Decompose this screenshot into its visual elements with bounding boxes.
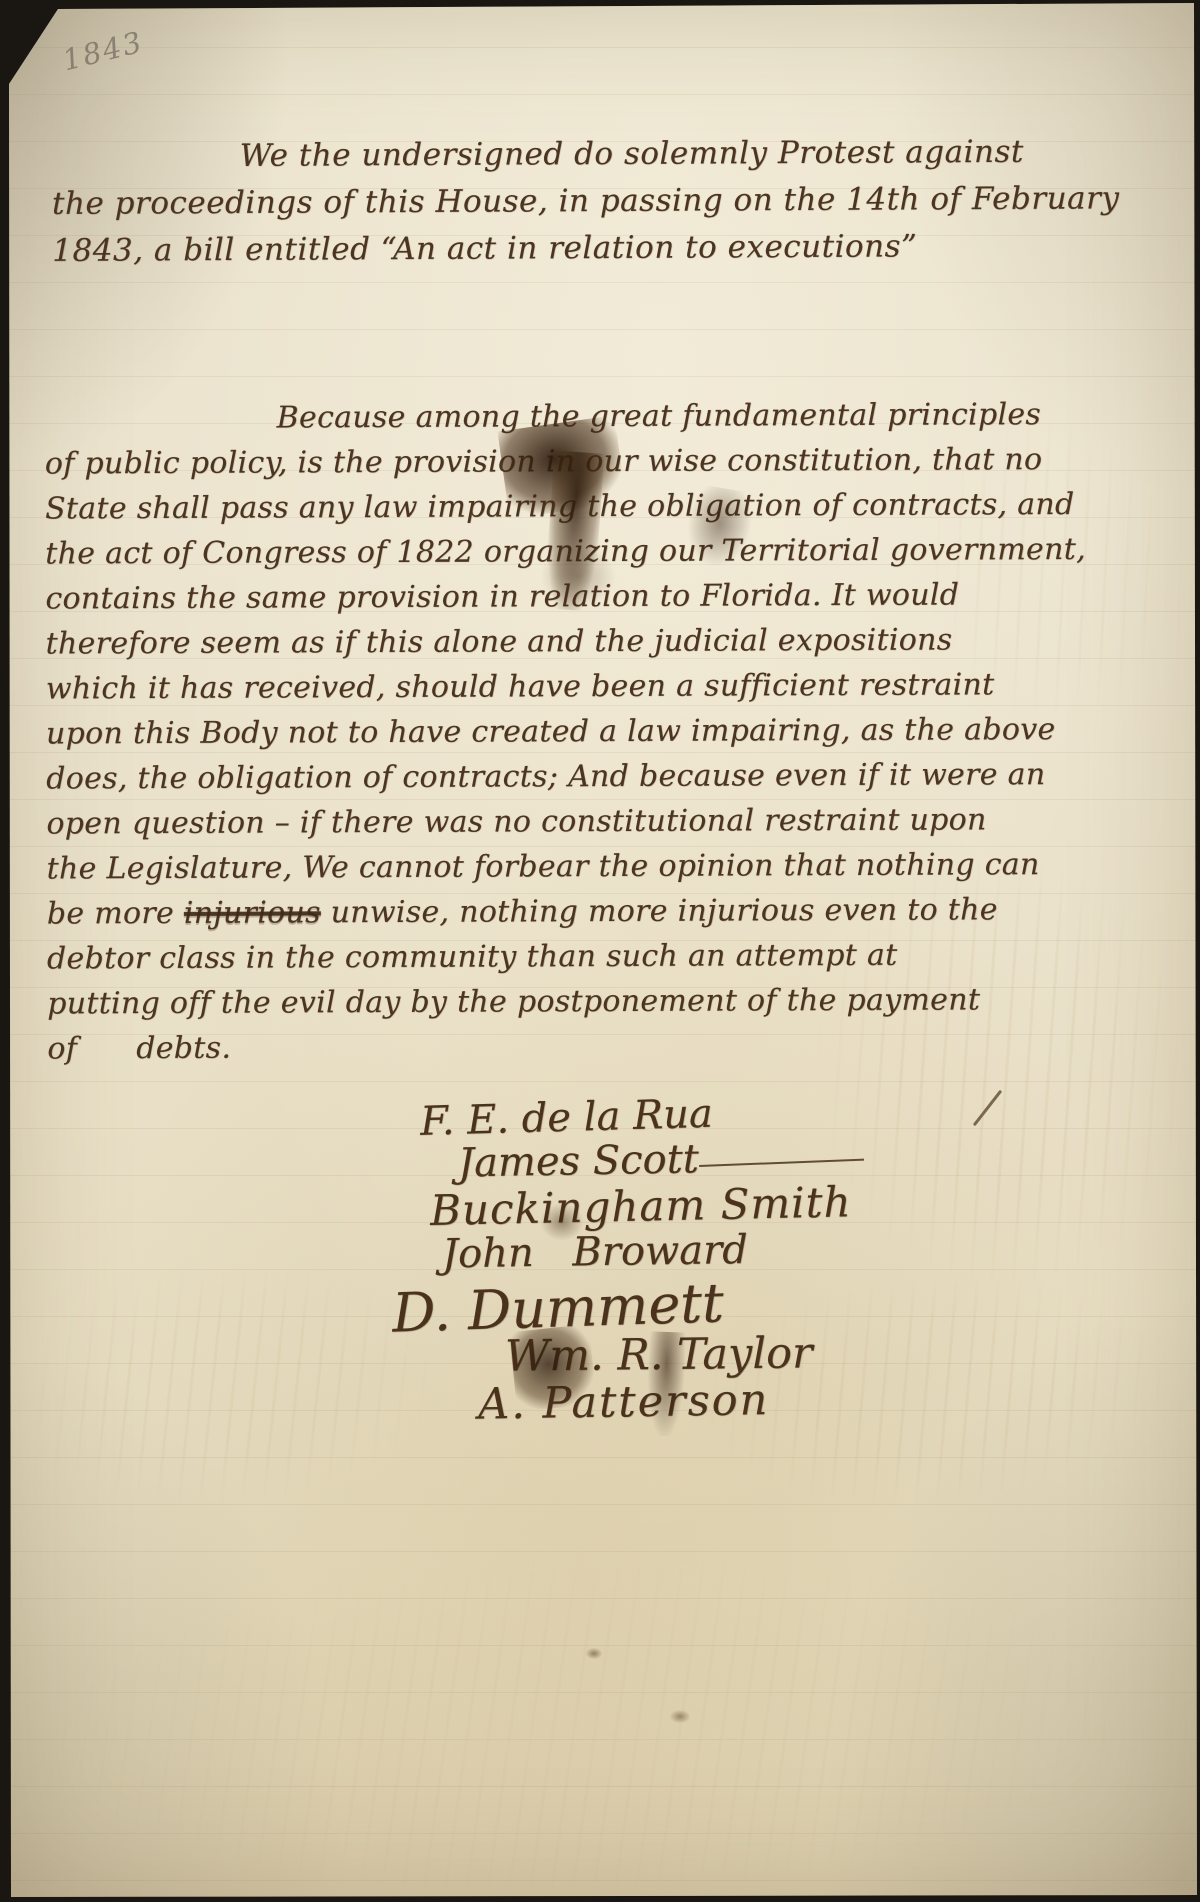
- body-line: contains the same provision in relation …: [45, 572, 1179, 622]
- body-line-with-strikeout: be more injurious unwise, nothing more i…: [47, 887, 1181, 937]
- struck-word: injurious: [184, 895, 321, 931]
- stain-speck: [586, 1648, 602, 1659]
- body-line: upon this Body not to have created a law…: [46, 707, 1180, 757]
- body-line: of public policy, is the provision in ou…: [45, 437, 1179, 487]
- scanned-manuscript: { "document": { "archive_note": "1843", …: [0, 0, 1200, 1902]
- body-line: Because among the great fundamental prin…: [45, 392, 1179, 442]
- ink-bleed-through: [55, 1542, 1126, 1902]
- body-line: the Legislature, We cannot forbear the o…: [46, 842, 1180, 892]
- body-line: State shall pass any law impairing the o…: [45, 482, 1179, 532]
- opening-line: 1843, a bill entitled “An act in relatio…: [52, 222, 1170, 275]
- body-line: which it has received, should have been …: [46, 662, 1180, 712]
- body-line: the act of Congress of 1822 organizing o…: [45, 527, 1179, 577]
- text-after-strikeout: unwise, nothing more injurious even to t…: [321, 892, 998, 930]
- signature-a-patterson: A. Patterson: [478, 1370, 1200, 1427]
- stain-speck: [670, 1710, 690, 1723]
- opening-line: the proceedings of this House, in passin…: [52, 175, 1170, 228]
- opening-line: We the undersigned do solemnly Protest a…: [52, 128, 1170, 181]
- signature-block: F. E. de la Rua James Scott Buckingham S…: [0, 1088, 1200, 1422]
- body-paragraph: Because among the great fundamental prin…: [45, 392, 1182, 1072]
- text-before-strikeout: be more: [47, 896, 184, 932]
- body-line: open question – if there was no constitu…: [46, 797, 1180, 847]
- opening-paragraph: We the undersigned do solemnly Protest a…: [52, 128, 1171, 275]
- pencil-year-note: 1843: [59, 25, 147, 78]
- body-line: putting off the evil day by the postpone…: [47, 977, 1181, 1027]
- body-line: therefore seem as if this alone and the …: [46, 617, 1180, 667]
- body-line: debtor class in the community than such …: [47, 932, 1181, 982]
- manuscript-page: 1843 We the undersigned do solemnly Prot…: [0, 0, 1200, 1902]
- body-line: does, the obligation of contracts; And b…: [46, 752, 1180, 802]
- body-line: of debts.: [47, 1022, 1181, 1072]
